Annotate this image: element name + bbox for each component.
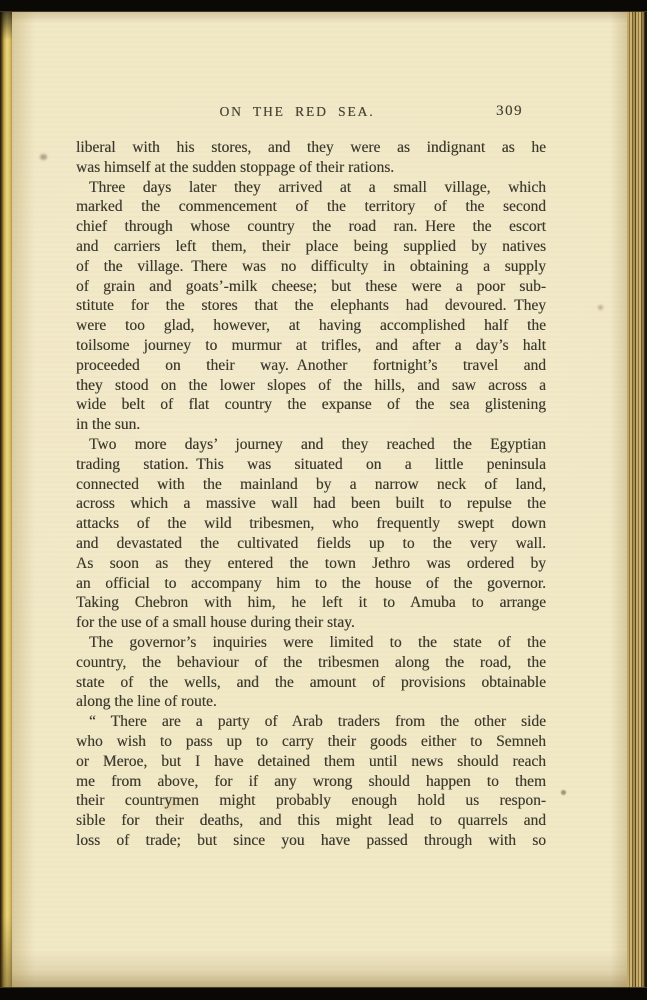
text-line: The governor’s inquiries were limited to… [76,633,546,653]
text-line: their countrymen might probably enough h… [76,791,546,811]
text-line: liberal with his stores, and they were a… [76,138,546,158]
page-number: 309 [496,103,523,120]
text-line: “ There are a party of Arab traders from… [76,712,546,732]
text-line: sible for their deaths, and this might l… [76,811,546,831]
text-line: attacks of the wild tribesmen, who frequ… [76,514,546,534]
text-line: marked the commencement of the territory… [76,197,546,217]
page-stack-edge [627,6,647,994]
scan-border-bottom [0,987,647,1000]
running-header-title: ON THE RED SEA. [62,104,532,120]
text-line: Two more days’ journey and they reached … [76,435,546,455]
running-header: ON THE RED SEA. 309 [76,104,546,119]
text-line: connected with the mainland by a narrow … [76,475,546,495]
text-line: were too glad, however, at having accomp… [76,316,546,336]
text-line: they stood on the lower slopes of the hi… [76,376,546,396]
text-line: country, the behaviour of the tribesmen … [76,653,546,673]
text-line: of grain and goats’-milk cheese; but the… [76,277,546,297]
text-line: across which a massive wall had been bui… [76,494,546,514]
text-line: who wish to pass up to carry their goods… [76,732,546,752]
text-line: Taking Chebron with him, he left it to A… [76,593,546,613]
text-line: trading station. This was situated on a … [76,455,546,475]
text-line: was himself at the sudden stoppage of th… [76,158,546,178]
text-line: chief through whose country the road ran… [76,217,546,237]
text-line: Three days later they arrived at a small… [76,178,546,198]
book-gutter-edge [0,4,12,996]
text-line: of the village. There was no difficulty … [76,257,546,277]
text-line: me from above, for if any wrong should h… [76,772,546,792]
text-line: or Meroe, but I have detained them until… [76,752,546,772]
text-line: stitute for the stores that the elephant… [76,296,546,316]
text-line: an official to accompany him to the hous… [76,574,546,594]
text-block: ON THE RED SEA. 309 liberal with his sto… [76,104,546,851]
text-line: and devastated the cultivated fields up … [76,534,546,554]
text-line: proceeded on their way. Another fortnigh… [76,356,546,376]
text-line: in the sun. [76,415,546,435]
page-body: liberal with his stores, and they were a… [76,138,546,851]
scanned-book-page: ON THE RED SEA. 309 liberal with his sto… [0,0,647,1000]
text-line: and carriers left them, their place bein… [76,237,546,257]
text-line: loss of trade; but since you have passed… [76,831,546,851]
scan-border-top [0,0,647,12]
text-line: toilsome journey to murmur at trifles, a… [76,336,546,356]
text-line: wide belt of flat country the expanse of… [76,395,546,415]
text-line: state of the wells, and the amount of pr… [76,673,546,693]
text-line: As soon as they entered the town Jethro … [76,554,546,574]
text-line: along the line of route. [76,692,546,712]
text-line: for the use of a small house during thei… [76,613,546,633]
